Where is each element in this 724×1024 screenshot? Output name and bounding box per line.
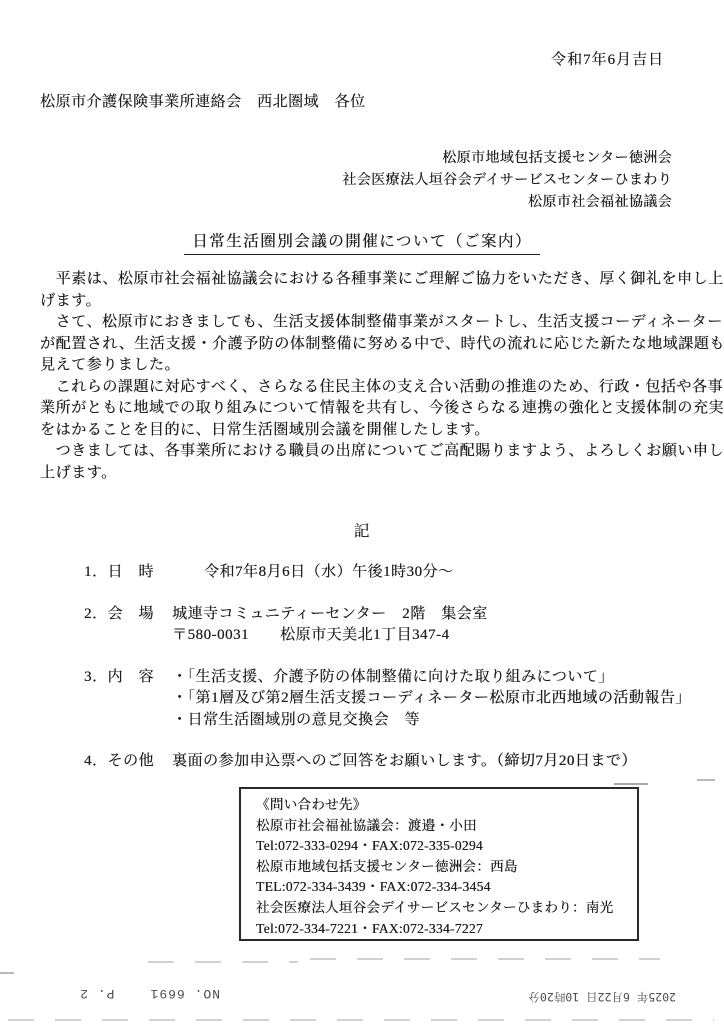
- scan-artifact: [8, 1019, 714, 1021]
- body-line: をはかることを目的に、日常生活圏域別会議を開催したします。: [40, 420, 690, 442]
- fax-footer-left: NO. 6691 P. 2: [58, 986, 220, 1001]
- item-label: 2．会 場: [84, 604, 172, 626]
- notice-marker: 記: [0, 519, 724, 541]
- scan-artifact: [310, 958, 660, 960]
- body-line: げます。: [40, 291, 690, 313]
- item-line: 〒580-0031 松原市天美北1丁目347-4: [172, 625, 694, 647]
- contact-line: Tel:072-333-0294・FAX:072-335-0294: [256, 836, 631, 857]
- body-text: 平素は、松原市社会福祉協議会における各種事業にご理解ご協力をいただき、厚く御礼を…: [40, 269, 690, 484]
- sender-line: 社会医療法人垣谷会デイサービスセンターひまわり: [342, 170, 672, 192]
- sender-line: 松原市社会福祉協議会: [342, 192, 672, 214]
- item-label: 4．その他: [84, 751, 172, 773]
- title-row: 日常生活圏別会議の開催について（ご案内）: [0, 229, 724, 255]
- contact-line: Tel:072-334-7221・FAX:072-334-7227: [256, 919, 631, 940]
- document-title: 日常生活圏別会議の開催について（ご案内）: [184, 229, 540, 255]
- sender-line: 松原市地域包括支援センター徳洲会: [342, 148, 672, 170]
- item-value: 城連寺コミュニティーセンター 2階 集会室 〒580-0031 松原市天美北1丁…: [172, 604, 694, 647]
- item-value: 裏面の参加申込票へのご回答をお願いします。（締切7月20日まで）: [172, 751, 694, 773]
- contact-line: 松原市地域包括支援センター徳洲会：西島: [256, 857, 631, 878]
- item-label: 3．内 容: [84, 667, 172, 689]
- addressee-line: 松原市介護保険事業所連絡会 西北圏域 各位: [40, 90, 366, 111]
- body-line: が配置され、生活支援・介護予防の体制整備に努める中で、時代の流れに応じた新たな地…: [40, 334, 690, 356]
- detail-items: 1．日 時 令和7年8月6日（水）午後1時30分～ 2．会 場 城連寺コミュニテ…: [84, 562, 694, 793]
- contact-line: TEL:072-334-3439・FAX:072-334-3454: [256, 877, 631, 898]
- contact-heading: 《問い合わせ先》: [256, 795, 631, 816]
- item-line: ・「生活支援、介護予防の体制整備に向けた取り組みについて」: [172, 667, 694, 689]
- body-line: さて、松原市におきましても、生活支援体制整備事業がスタートし、生活支援コーディネ…: [40, 312, 690, 334]
- fax-footer-right: 2025年 6月22日 10時20分: [520, 989, 676, 1005]
- item-line: ・日常生活圏域別の意見交換会 等: [172, 710, 694, 732]
- item-label: 1．日 時: [84, 562, 172, 584]
- item-line: ・「第1層及び第2層生活支援コーディネーター松原市北西地域の活動報告」: [172, 688, 694, 710]
- scan-artifact: [0, 972, 14, 974]
- item-other: 4．その他 裏面の参加申込票へのご回答をお願いします。（締切7月20日まで）: [84, 751, 694, 773]
- sender-block: 松原市地域包括支援センター徳洲会 社会医療法人垣谷会デイサービスセンターひまわり…: [342, 148, 672, 214]
- item-line: 城連寺コミュニティーセンター 2階 集会室: [172, 604, 694, 626]
- item-venue: 2．会 場 城連寺コミュニティーセンター 2階 集会室 〒580-0031 松原…: [84, 604, 694, 647]
- item-value: ・「生活支援、介護予防の体制整備に向けた取り組みについて」 ・「第1層及び第2層…: [172, 667, 694, 732]
- body-line: 上げます。: [40, 463, 690, 485]
- body-line: これらの課題に対応すべく、さらなる住民主体の支え合い活動の推進のため、行政・包括…: [40, 377, 690, 399]
- scan-artifact: [148, 961, 298, 963]
- item-line: 令和7年8月6日（水）午後1時30分～: [204, 562, 694, 584]
- item-line: 裏面の参加申込票へのご回答をお願いします。（締切7月20日まで）: [172, 751, 694, 773]
- contact-box: 《問い合わせ先》 松原市社会福祉協議会：渡邉・小田 Tel:072-333-02…: [239, 787, 639, 941]
- item-agenda: 3．内 容 ・「生活支援、介護予防の体制整備に向けた取り組みについて」 ・「第1…: [84, 667, 694, 732]
- item-value: 令和7年8月6日（水）午後1時30分～: [172, 562, 694, 584]
- scanned-letter-page: 令和7年6月吉日 松原市介護保険事業所連絡会 西北圏域 各位 松原市地域包括支援…: [0, 0, 724, 1024]
- body-line: 見えて参りました。: [40, 355, 690, 377]
- issue-date: 令和7年6月吉日: [551, 48, 664, 69]
- body-line: 業所がともに地域での取り組みについて情報を共有し、今後さらなる連携の強化と支援体…: [40, 398, 690, 420]
- item-datetime: 1．日 時 令和7年8月6日（水）午後1時30分～: [84, 562, 694, 584]
- body-line: つきましては、各事業所における職員の出席についてご高配賜りますよう、よろしくお願…: [40, 441, 690, 463]
- body-line: 平素は、松原市社会福祉協議会における各種事業にご理解ご協力をいただき、厚く御礼を…: [40, 269, 690, 291]
- contact-line: 松原市社会福祉協議会：渡邉・小田: [256, 816, 631, 837]
- contact-line: 社会医療法人垣谷会デイサービスセンターひまわり：南光: [256, 898, 631, 919]
- scan-artifact: [697, 779, 715, 781]
